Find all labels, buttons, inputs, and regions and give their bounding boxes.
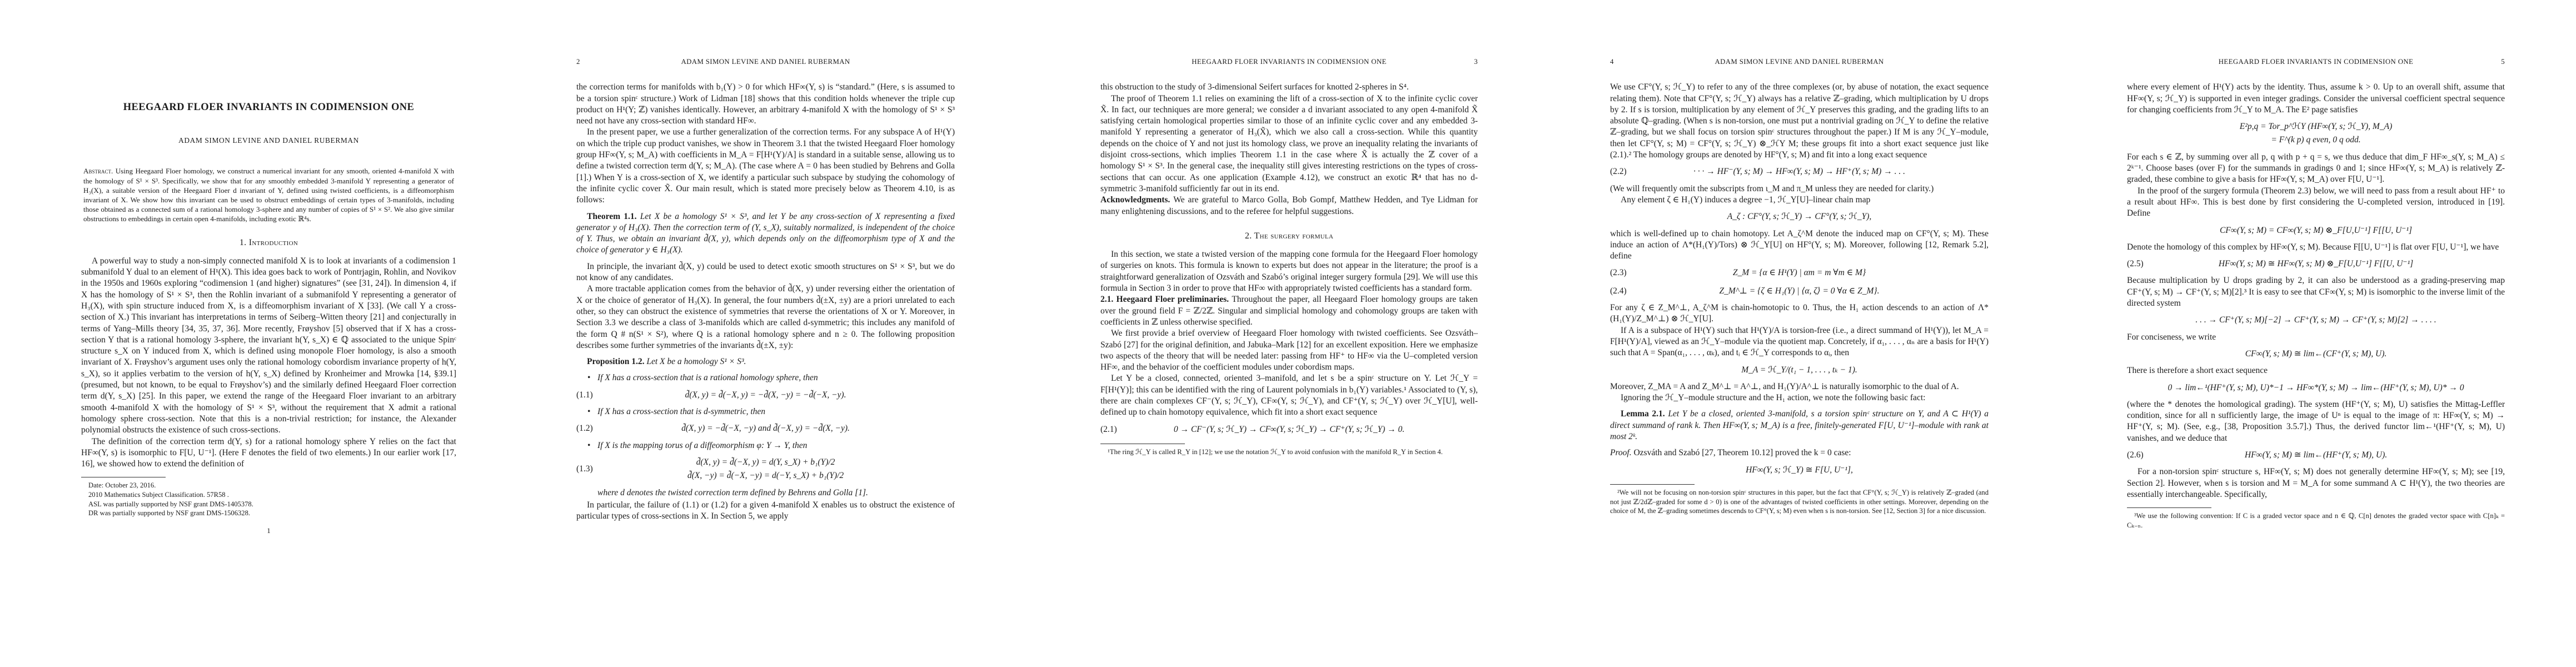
text: this obstruction to the study of 3-dimen… (1100, 82, 1409, 92)
paragraph: In principle, the invariant d̃(X, y) cou… (576, 261, 955, 284)
equation-line: · · · → HF⁻(Y, s; M) → HF∞(Y, s; M) → HF… (1640, 165, 1959, 178)
document-canvas: arXiv:1610.03353v2 [math.GT] 25 Jul 2017… (0, 0, 2576, 667)
footnote-rule (1100, 444, 1185, 444)
paragraph: In the present paper, we use a further g… (576, 127, 955, 206)
page-4: 4ADAM SIMON LEVINE AND DANIEL RUBERMANWe… (1546, 0, 2061, 667)
paragraph: For conciseness, we write (2127, 332, 2505, 343)
section-heading: 1. Introduction (81, 237, 456, 248)
equation-number: (2.6) (2127, 450, 2157, 461)
text: Ozsváth and Szabó [27, Theorem 10.12] pr… (1633, 448, 1851, 457)
equation: 0 → lim←¹(HF⁺(Y, s; M), U)*−1 → HF∞*(Y, … (2127, 381, 2505, 395)
header-page-number: 5 (2486, 56, 2505, 67)
equation: HF∞(Y, s; ℋ_Y) ≅ F[U, U⁻¹], (1610, 464, 1989, 477)
page-5: HEEGAARD FLOER INVARIANTS IN CODIMENSION… (2061, 0, 2576, 667)
equation-line: 0 → CF⁻(Y, s; ℋ_Y) → CF∞(Y, s; ℋ_Y) → CF… (1130, 423, 1448, 436)
text: (where the * denotes the homological gra… (2127, 400, 2505, 443)
equation: CF∞(Y, s; M) ≅ lim←(CF⁺(Y, s; M), U). (2127, 347, 2505, 361)
text: A more tractable application comes from … (576, 284, 955, 350)
paragraph: (where the * denotes the homological gra… (2127, 399, 2505, 444)
equation-body: M_A = ℋ_Y/(t₁ − 1, . . . , tₖ − 1). (1640, 364, 1959, 377)
text: We use CF°(Y, s; ℋ_Y) to refer to any of… (1610, 82, 1989, 160)
equation-line: . . . → CF⁺(Y, s; M)[−2] → CF⁺(Y, s; M) … (2157, 313, 2475, 327)
header-page-number: 3 (1459, 56, 1478, 67)
text: For conciseness, we write (2127, 332, 2216, 342)
equation: (2.6)HF∞(Y, s; M) ≅ lim←(HF⁺(Y, s; M), U… (2127, 449, 2505, 462)
equation-line: M_A = ℋ_Y/(t₁ − 1, . . . , tₖ − 1). (1640, 364, 1959, 377)
equation-body: E²p,q = Tor_p^ℋY (HF∞(Y, s; ℋ_Y), M_A)= … (2157, 120, 2475, 147)
equation-body: CF∞(Y, s; M) = CF∞(Y, s; M) ⊗_F[U,U⁻¹] F… (2157, 224, 2475, 237)
text: The proof of Theorem 1.1 relies on exami… (1100, 94, 1478, 193)
equation-line: d̃(X, y) = d̃(−X, y) = d(Y, s_X) + b₁(Y)… (606, 456, 925, 469)
equation-note: where d denotes the twisted correction t… (597, 487, 955, 499)
paragraph: A more tractable application comes from … (576, 283, 955, 351)
footnote-rule (2127, 507, 2211, 508)
equation-line: E²p,q = Tor_p^ℋY (HF∞(Y, s; ℋ_Y), M_A) (2157, 120, 2475, 133)
paragraph: Let Y be a closed, connected, oriented 3… (1100, 373, 1478, 418)
page-3: HEEGAARD FLOER INVARIANTS IN CODIMENSION… (1030, 0, 1546, 667)
footnote: 2010 Mathematics Subject Classification.… (81, 490, 456, 500)
equation-body: d̃(X, y) = d̃(−X, y) = d(Y, s_X) + b₁(Y)… (606, 456, 925, 483)
equation-line: HF∞(Y, s; M) ≅ lim←(HF⁺(Y, s; M), U). (2157, 449, 2475, 462)
abstract: Abstract. Using Heegaard Floer homology,… (83, 166, 454, 223)
footnote-rule (81, 477, 166, 477)
text: ³We use the following convention: If C i… (2127, 512, 2505, 529)
bullet-icon: • (587, 372, 597, 384)
equation-body: 0 → lim←¹(HF⁺(Y, s; M), U)*−1 → HF∞*(Y, … (2157, 381, 2475, 395)
text: For any ζ ∈ Z_M^⊥, A_ζ^M is chain-homoto… (1610, 303, 1989, 323)
equation-body: HF∞(Y, s; ℋ_Y) ≅ F[U, U⁻¹], (1640, 464, 1959, 477)
header-page-number (1100, 56, 1119, 67)
bullet-item: •If X has a cross-section that is a rati… (587, 372, 955, 384)
text: 2010 Mathematics Subject Classification.… (88, 491, 229, 499)
equation: E²p,q = Tor_p^ℋY (HF∞(Y, s; ℋ_Y), M_A)= … (2127, 120, 2505, 147)
header-page-number: 4 (1610, 56, 1629, 67)
paragraph: In the proof of the surgery formula (The… (2127, 186, 2505, 220)
equation-number: (2.4) (1610, 286, 1640, 297)
running-title: HEEGAARD FLOER INVARIANTS IN CODIMENSION… (2146, 56, 2486, 67)
footnote: ¹The ring ℋ_Y is called R_Y in [12]; we … (1100, 447, 1478, 457)
equation: (2.5)HF∞(Y, s; M) ≅ HF∞(Y, s; M) ⊗_F[U,U… (2127, 257, 2505, 271)
equation-body: CF∞(Y, s; M) ≅ lim←(CF⁺(Y, s; M), U). (2157, 347, 2475, 361)
bullet-item: •If X has a cross-section that is d-symm… (587, 406, 955, 417)
equation: M_A = ℋ_Y/(t₁ − 1, . . . , tₖ − 1). (1610, 364, 1989, 377)
equation-body: · · · → HF⁻(Y, s; M) → HF∞(Y, s; M) → HF… (1640, 165, 1959, 178)
paragraph: For each s ∈ ℤ, by summing over all p, q… (2127, 152, 2505, 186)
paragraph: A powerful way to study a non-simply con… (81, 256, 456, 436)
text: For a non-torsion spinᶜ structure s, HF∞… (2127, 467, 2505, 499)
text: ASL was partially supported by NSF grant… (88, 500, 253, 508)
equation-line: Z_M = {α ∈ H¹(Y) | αm = m ∀m ∈ M} (1640, 266, 1959, 280)
page-content: We use CF°(Y, s; ℋ_Y) to refer to any of… (1610, 67, 1989, 515)
text: 1. Introduction (240, 238, 298, 247)
equation-body: d̃(X, y) = d̃(−X, y) = −d̃(X, −y) = −d̃(… (606, 389, 925, 402)
page-content: the correction terms for manifolds with … (576, 67, 955, 522)
paper-title: HEEGAARD FLOER INVARIANTS IN CODIMENSION… (81, 101, 456, 114)
lead-label: Abstract. (83, 167, 116, 175)
paragraph: In this section, we state a twisted vers… (1100, 249, 1478, 294)
footnote: DR was partially supported by NSF grant … (81, 509, 456, 518)
running-header: 2ADAM SIMON LEVINE AND DANIEL RUBERMAN (576, 0, 955, 67)
equation-line: A_ζ : CF°(Y, s; ℋ_Y) → CF°(Y, s; ℋ_Y), (1640, 210, 1959, 223)
text: the correction terms for manifolds with … (576, 82, 955, 126)
text: Any element ζ ∈ H₁(Y) induces a degree −… (1621, 195, 1870, 205)
equation-body: d̃(X, y) = −d̃(−X, −y) and d̃(−X, y) = −… (606, 422, 925, 435)
paragraph: Ignoring the ℋ_Y–module structure and th… (1610, 392, 1989, 404)
text: Date: October 23, 2016. (88, 481, 156, 489)
equation-line: CF∞(Y, s; M) = CF∞(Y, s; M) ⊗_F[U,U⁻¹] F… (2157, 224, 2475, 237)
equation: (2.3)Z_M = {α ∈ H¹(Y) | αm = m ∀m ∈ M} (1610, 266, 1989, 280)
text: 1 (267, 526, 271, 535)
equation-body: HF∞(Y, s; M) ≅ HF∞(Y, s; M) ⊗_F[U,U⁻¹] F… (2157, 257, 2475, 271)
paragraph: 2.1. Heegaard Floer preliminaries. Throu… (1100, 294, 1478, 328)
paragraph: where every element of H¹(Y) acts by the… (2127, 82, 2505, 116)
page-1: HEEGAARD FLOER INVARIANTS IN CODIMENSION… (0, 0, 515, 667)
equation: . . . → CF⁺(Y, s; M)[−2] → CF⁺(Y, s; M) … (2127, 313, 2505, 327)
text: In the proof of the surgery formula (The… (2127, 186, 2505, 218)
paragraph: Any element ζ ∈ H₁(Y) induces a degree −… (1610, 195, 1989, 206)
page-content: this obstruction to the study of 3-dimen… (1100, 67, 1478, 456)
text: If X has a cross-section that is d-symme… (597, 406, 765, 417)
bullet-icon: • (587, 406, 597, 417)
equation-body: HF∞(Y, s; M) ≅ lim←(HF⁺(Y, s; M), U). (2157, 449, 2475, 462)
lead-label: Lemma 2.1. (1621, 409, 1668, 419)
text: Let X be a homology S¹ × S³. (646, 357, 746, 366)
text: There is therefore a short exact sequenc… (2127, 366, 2268, 375)
equation: (1.1)d̃(X, y) = d̃(−X, y) = −d̃(X, −y) =… (576, 389, 955, 402)
equation-body: Z_M = {α ∈ H¹(Y) | αm = m ∀m ∈ M} (1640, 266, 1959, 280)
equation-line: HF∞(Y, s; ℋ_Y) ≅ F[U, U⁻¹], (1640, 464, 1959, 477)
footnote: ³We use the following convention: If C i… (2127, 511, 2505, 530)
equation-body: 0 → CF⁻(Y, s; ℋ_Y) → CF∞(Y, s; ℋ_Y) → CF… (1130, 423, 1448, 436)
text: Because multiplication by U drops gradin… (2127, 276, 2505, 308)
paragraph: Because multiplication by U drops gradin… (2127, 275, 2505, 309)
equation-number: (1.2) (576, 423, 606, 434)
text: ADAM SIMON LEVINE AND DANIEL RUBERMAN (178, 136, 359, 145)
paragraph: which is well-defined up to chain homoto… (1610, 228, 1989, 262)
footnote: ²We will not be focusing on non-torsion … (1610, 488, 1989, 516)
page-content: HEEGAARD FLOER INVARIANTS IN CODIMENSION… (81, 0, 456, 536)
text: In principle, the invariant d̃(X, y) cou… (576, 262, 955, 282)
text: where d denotes the twisted correction t… (597, 488, 868, 497)
equation-body: . . . → CF⁺(Y, s; M)[−2] → CF⁺(Y, s; M) … (2157, 313, 2475, 327)
footnote-rule (1610, 484, 1695, 485)
equation-number: (2.3) (1610, 267, 1640, 278)
equation-body: A_ζ : CF°(Y, s; ℋ_Y) → CF°(Y, s; ℋ_Y), (1640, 210, 1959, 223)
paragraph: Acknowledgments. We are grateful to Marc… (1100, 195, 1478, 217)
equation: (1.2)d̃(X, y) = −d̃(−X, −y) and d̃(−X, y… (576, 422, 955, 435)
text: Moreover, Z_MA = A and Z_M^⊥ = A^⊥, and … (1610, 382, 1959, 391)
text: For each s ∈ ℤ, by summing over all p, q… (2127, 152, 2505, 185)
header-page-number (1970, 56, 1989, 67)
paragraph: There is therefore a short exact sequenc… (2127, 365, 2505, 376)
paragraph: Denote the homology of this complex by H… (2127, 242, 2505, 253)
lead-label: Proposition 1.2. (587, 357, 646, 366)
equation-line: Z_M^⊥ = {ζ ∈ H₁(Y) | ⟨α, ζ⟩ = 0 ∀α ∈ Z_M… (1640, 285, 1959, 298)
text: In the present paper, we use a further g… (576, 127, 955, 205)
running-title: HEEGAARD FLOER INVARIANTS IN CODIMENSION… (1119, 56, 1459, 67)
equation-line: HF∞(Y, s; M) ≅ HF∞(Y, s; M) ⊗_F[U,U⁻¹] F… (2157, 257, 2475, 271)
lead-label: Acknowledgments. (1100, 195, 1173, 205)
text: (We will frequently omit the subscripts … (1610, 184, 1934, 193)
paragraph: If A is a subspace of H¹(Y) such that H¹… (1610, 325, 1989, 359)
paragraph: The proof of Theorem 1.1 relies on exami… (1100, 93, 1478, 195)
theorem: Proposition 1.2. Let X be a homology S¹ … (576, 356, 955, 367)
paragraph: this obstruction to the study of 3-dimen… (1100, 82, 1478, 93)
paragraph: Moreover, Z_MA = A and Z_M^⊥ = A^⊥, and … (1610, 381, 1989, 392)
footnote: ASL was partially supported by NSF grant… (81, 500, 456, 509)
text: A powerful way to study a non-simply con… (81, 256, 456, 435)
paragraph: Proof. Ozsváth and Szabó [27, Theorem 10… (1610, 447, 1989, 459)
text: Let Y be a closed, connected, oriented 3… (1100, 374, 1478, 417)
equation-line: d̃(X, y) = −d̃(−X, −y) and d̃(−X, y) = −… (606, 422, 925, 435)
equation-line: = F^(k p) q even, 0 q odd. (2157, 133, 2475, 147)
equation: A_ζ : CF°(Y, s; ℋ_Y) → CF°(Y, s; ℋ_Y), (1610, 210, 1989, 223)
equation: (2.4)Z_M^⊥ = {ζ ∈ H₁(Y) | ⟨α, ζ⟩ = 0 ∀α … (1610, 285, 1989, 298)
equation: CF∞(Y, s; M) = CF∞(Y, s; M) ⊗_F[U,U⁻¹] F… (2127, 224, 2505, 237)
page-2: 2ADAM SIMON LEVINE AND DANIEL RUBERMANth… (515, 0, 1030, 667)
running-title: ADAM SIMON LEVINE AND DANIEL RUBERMAN (1629, 56, 1970, 67)
running-header: HEEGAARD FLOER INVARIANTS IN CODIMENSION… (2127, 0, 2505, 67)
header-page-number (2127, 56, 2146, 67)
equation-number: (1.3) (576, 464, 606, 475)
paragraph: In particular, the failure of (1.1) or (… (576, 500, 955, 522)
theorem: Theorem 1.1. Let X be a homology S¹ × S³… (576, 211, 955, 256)
bullet-icon: • (587, 440, 597, 451)
paragraph: For a non-torsion spinᶜ structure s, HF∞… (2127, 466, 2505, 500)
paragraph: (We will frequently omit the subscripts … (1610, 183, 1989, 195)
equation-number: (2.1) (1100, 424, 1130, 435)
running-header: HEEGAARD FLOER INVARIANTS IN CODIMENSION… (1100, 0, 1478, 67)
paragraph: We use CF°(Y, s; ℋ_Y) to refer to any of… (1610, 82, 1989, 161)
equation-line: CF∞(Y, s; M) ≅ lim←(CF⁺(Y, s; M), U). (2157, 347, 2475, 361)
equation-body: Z_M^⊥ = {ζ ∈ H₁(Y) | ⟨α, ζ⟩ = 0 ∀α ∈ Z_M… (1640, 285, 1959, 298)
text: If X has a cross-section that is a ratio… (597, 372, 818, 384)
header-page-number: 2 (576, 56, 595, 67)
lead-label: 2.1. Heegaard Floer preliminaries. (1100, 295, 1232, 304)
text: Denote the homology of this complex by H… (2127, 242, 2499, 252)
page-content: where every element of H¹(Y) acts by the… (2127, 67, 2505, 530)
paragraph: the correction terms for manifolds with … (576, 82, 955, 127)
header-page-number (936, 56, 955, 67)
running-header: 4ADAM SIMON LEVINE AND DANIEL RUBERMAN (1610, 0, 1989, 67)
equation: (2.1)0 → CF⁻(Y, s; ℋ_Y) → CF∞(Y, s; ℋ_Y)… (1100, 423, 1478, 436)
running-title: ADAM SIMON LEVINE AND DANIEL RUBERMAN (595, 56, 936, 67)
text: In particular, the failure of (1.1) or (… (576, 500, 955, 521)
equation-number: (1.1) (576, 390, 606, 401)
paragraph: For any ζ ∈ Z_M^⊥, A_ζ^M is chain-homoto… (1610, 302, 1989, 325)
text: DR was partially supported by NSF grant … (88, 509, 250, 517)
equation: (1.3)d̃(X, y) = d̃(−X, y) = d(Y, s_X) + … (576, 456, 955, 483)
text: In this section, we state a twisted vers… (1100, 250, 1478, 293)
equation-line: 0 → lim←¹(HF⁺(Y, s; M), U)*−1 → HF∞*(Y, … (2157, 381, 2475, 395)
text: If X is the mapping torus of a diffeomor… (597, 440, 807, 451)
theorem: Lemma 2.1. Let Y be a closed, oriented 3… (1610, 409, 1989, 442)
lead-label: Proof. (1610, 448, 1633, 457)
lead-label: Theorem 1.1. (587, 212, 640, 221)
text: 2. The surgery formula (1245, 231, 1333, 241)
text: where every element of H¹(Y) acts by the… (2127, 82, 2505, 115)
equation: (2.2)· · · → HF⁻(Y, s; M) → HF∞(Y, s; M)… (1610, 165, 1989, 178)
text: HEEGAARD FLOER INVARIANTS IN CODIMENSION… (123, 102, 415, 113)
text: Ignoring the ℋ_Y–module structure and th… (1621, 393, 1925, 402)
equation-number: (2.2) (1610, 166, 1640, 177)
text: ²We will not be focusing on non-torsion … (1610, 489, 1989, 515)
section-heading: 2. The surgery formula (1100, 231, 1478, 242)
text: Using Heegaard Floer homology, we constr… (83, 167, 454, 223)
authors: ADAM SIMON LEVINE AND DANIEL RUBERMAN (81, 135, 456, 146)
equation-line: d̃(X, y) = d̃(−X, y) = −d̃(X, −y) = −d̃(… (606, 389, 925, 402)
text: If A is a subspace of H¹(Y) such that H¹… (1610, 326, 1989, 358)
bullet-item: •If X is the mapping torus of a diffeomo… (587, 440, 955, 451)
equation-line: d̃(X, −y) = d̃(−X, −y) = d(−Y, s_X) + b₁… (606, 469, 925, 482)
page-footer-number: 1 (81, 525, 456, 536)
footnote: Date: October 23, 2016. (81, 481, 456, 490)
text: We first provide a brief overview of Hee… (1100, 328, 1478, 372)
text: which is well-defined up to chain homoto… (1610, 229, 1989, 261)
equation-number: (2.5) (2127, 258, 2157, 270)
text: The definition of the correction term d(… (81, 437, 456, 469)
paragraph: The definition of the correction term d(… (81, 436, 456, 470)
text: ¹The ring ℋ_Y is called R_Y in [12]; we … (1108, 448, 1443, 456)
paragraph: We first provide a brief overview of Hee… (1100, 328, 1478, 373)
